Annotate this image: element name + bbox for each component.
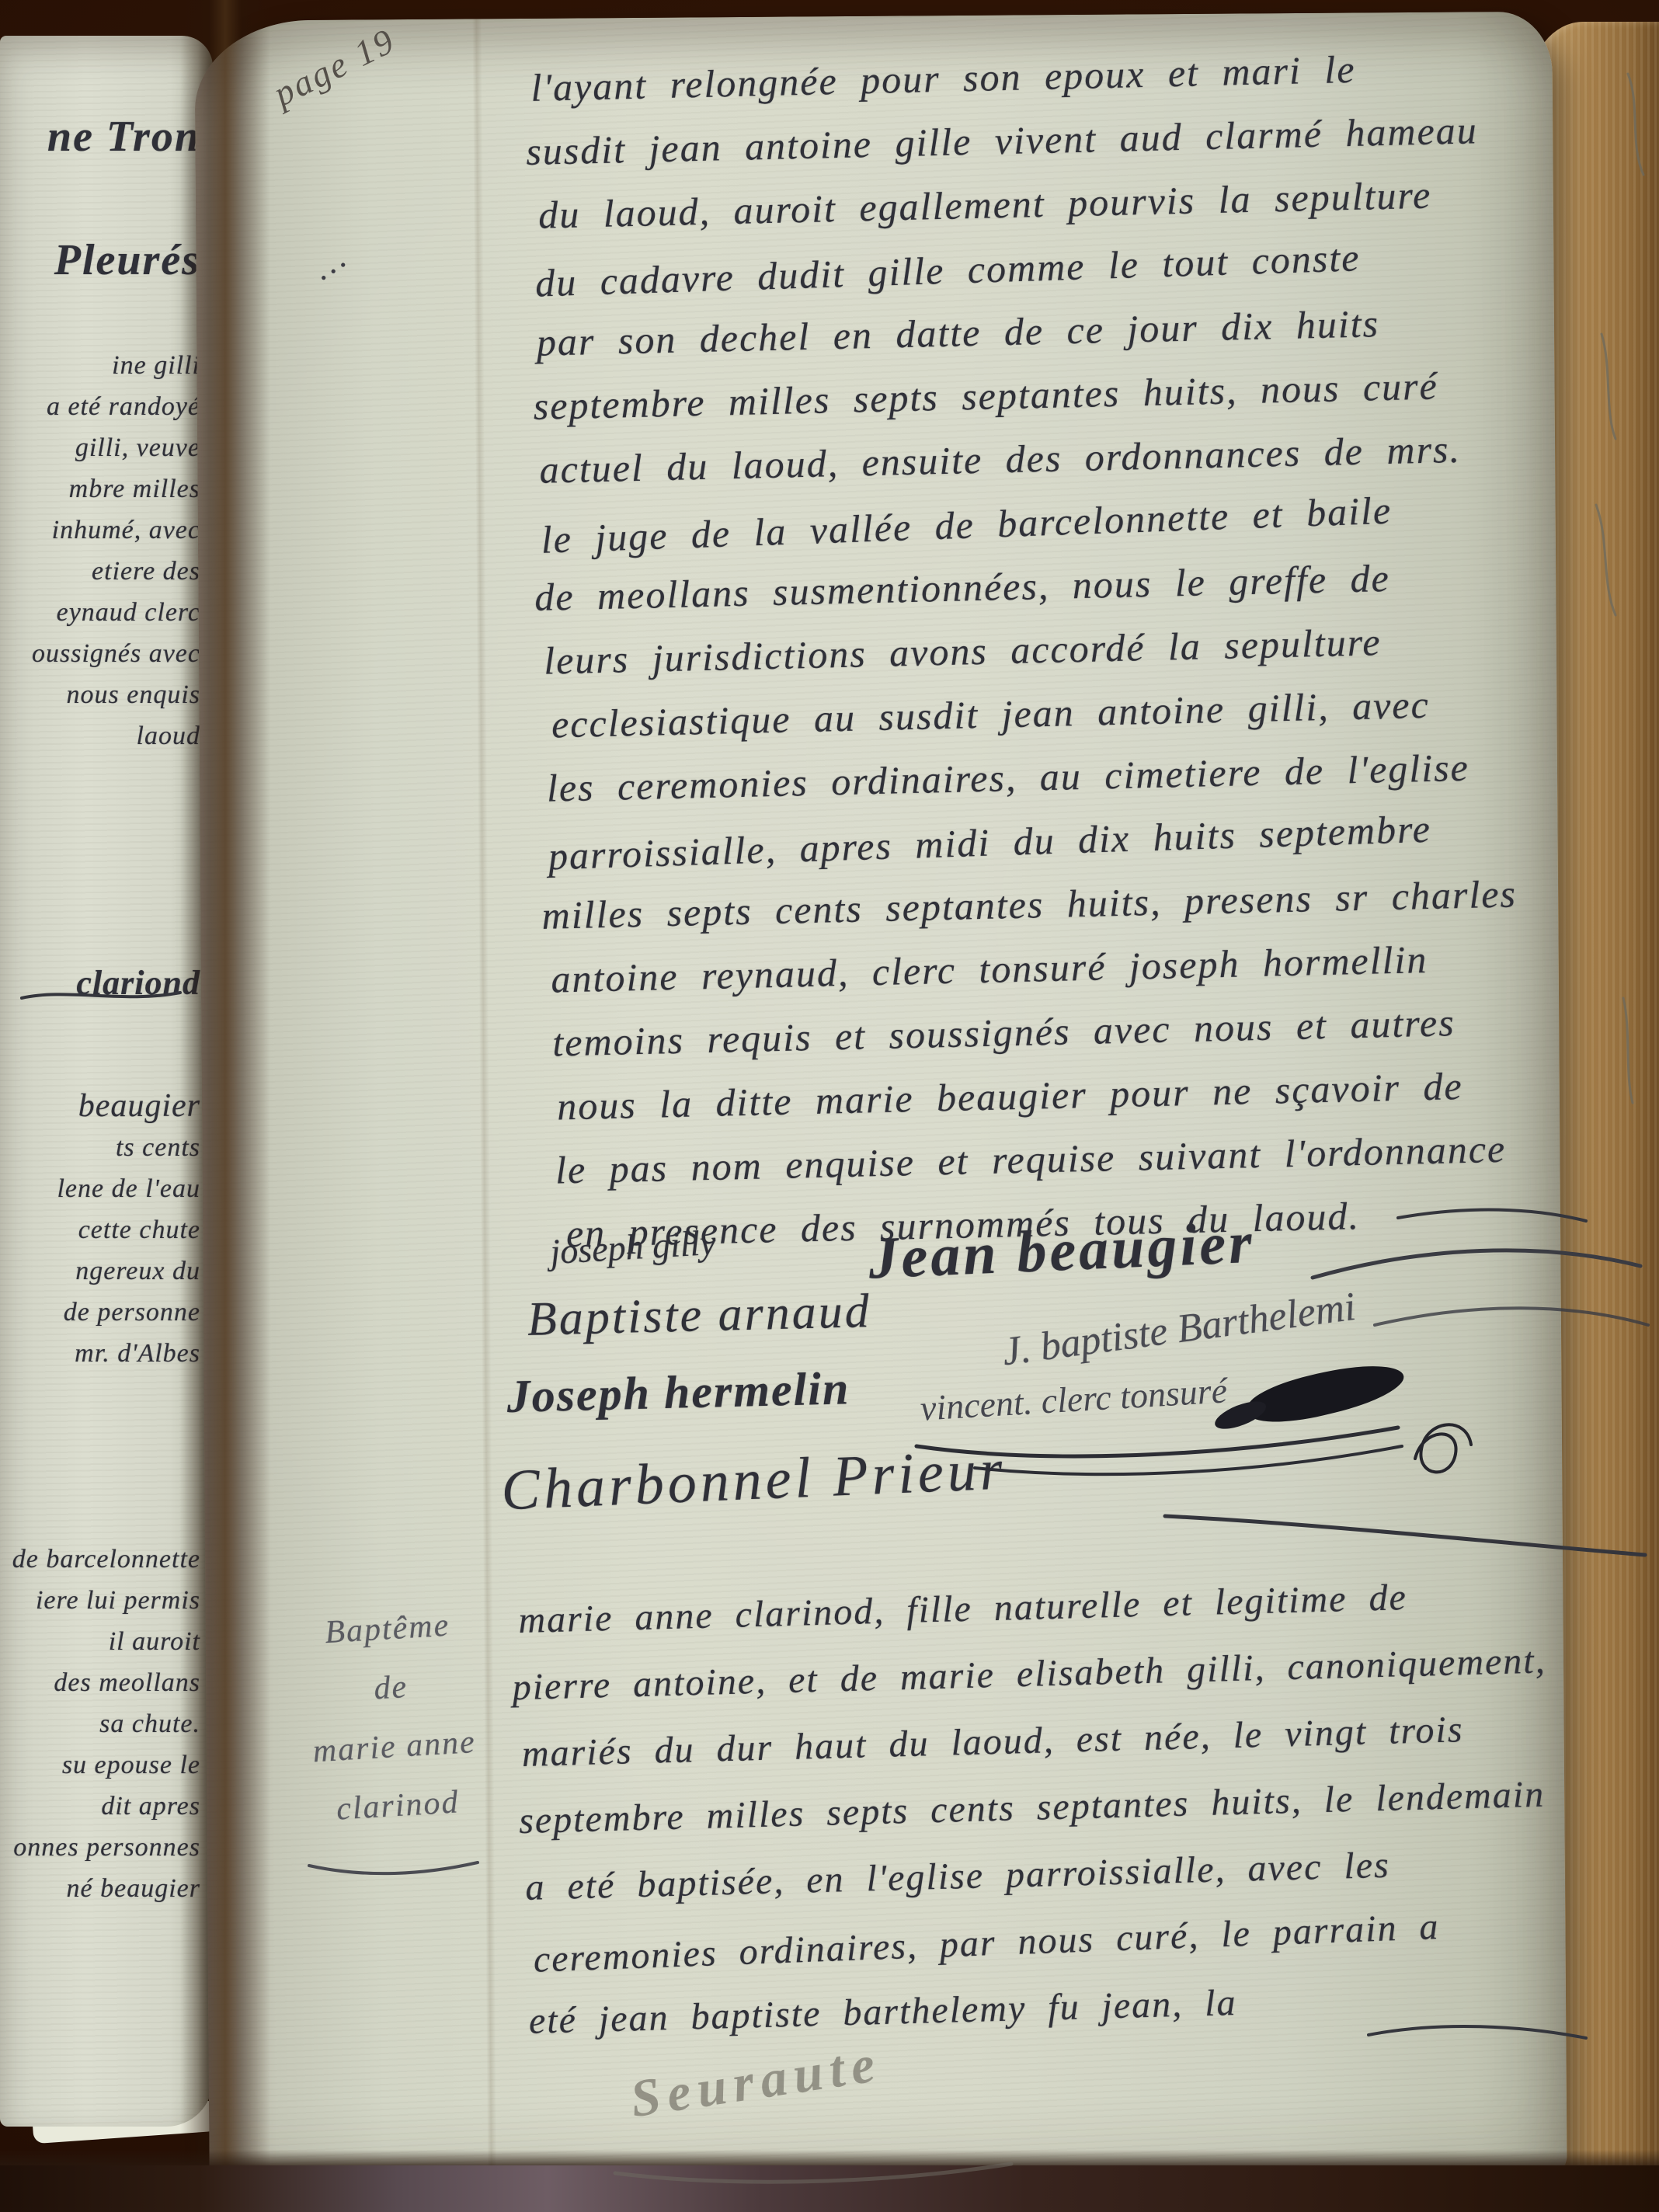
manuscript-line-fragment xyxy=(0,1003,200,1045)
manuscript-line-fragment xyxy=(0,756,200,798)
manuscript-line-fragment xyxy=(0,1415,200,1456)
manuscript-line-fragment: lene de l'eau xyxy=(0,1168,200,1209)
manuscript-line-fragment xyxy=(0,1497,200,1539)
manuscript-line-fragment: dit apres xyxy=(0,1786,200,1827)
manuscript-line-fragment: de personne xyxy=(0,1292,200,1333)
manuscript-line-fragment: mbre milles xyxy=(0,468,200,510)
manuscript-line-fragment: onnes personnes xyxy=(0,1827,200,1868)
baptism-entry-text: marie anne clarinod, fille naturelle et … xyxy=(517,1560,1585,2054)
manuscript-line-fragment: clariond xyxy=(0,962,200,1003)
manuscript-line-fragment: su epouse le xyxy=(0,1744,200,1786)
manuscript-line-fragment: beaugier xyxy=(0,1086,200,1127)
right-page: page 19 ... l'ayant relongnée pour son e… xyxy=(194,12,1567,2188)
manuscript-line-fragment: oussignés avec xyxy=(0,633,200,674)
manuscript-line-fragment: laoud xyxy=(0,715,200,756)
signature-joseph-gilly: joseph gilly xyxy=(549,1222,717,1273)
manuscript-line-fragment: a eté randoyé xyxy=(0,386,200,427)
page-number-note: page 19 xyxy=(267,19,402,114)
ink-blot-strikeout xyxy=(1243,1355,1408,1432)
manuscript-line-fragment: né beaugier xyxy=(0,1868,200,1909)
manuscript-line-fragment xyxy=(0,304,200,345)
table-surface xyxy=(0,2165,1659,2212)
manuscript-line-fragment: des meollans xyxy=(0,1662,200,1703)
manuscript-line-fragment xyxy=(0,798,200,839)
manuscript-line-fragment: gilli, veuve xyxy=(0,427,200,468)
manuscript-line-fragment: ine gilli xyxy=(0,345,200,386)
left-facing-page: ne TronPleurésine gillia eté randoyégill… xyxy=(0,36,213,2127)
signature-vincent-clerc-struck: vincent. clerc tonsuré xyxy=(919,1369,1228,1428)
signature-joseph-hermelin: Joseph hermelin xyxy=(506,1362,850,1424)
manuscript-line-fragment: de barcelonnette xyxy=(0,1539,200,1580)
manuscript-line-fragment: iere lui permis xyxy=(0,1580,200,1621)
manuscript-line-fragment xyxy=(0,1456,200,1497)
manuscript-line-fragment xyxy=(0,180,200,221)
manuscript-line-fragment: il auroit xyxy=(0,1621,200,1662)
manuscript-line-fragment: inhumé, avec xyxy=(0,510,200,551)
manuscript-photo: ne TronPleurésine gillia eté randoyégill… xyxy=(0,0,1659,2212)
manuscript-line-fragment: eynaud clerc xyxy=(0,592,200,633)
manuscript-line-fragment: Pleurés xyxy=(0,221,200,304)
manuscript-line-fragment: ts cents xyxy=(0,1127,200,1168)
manuscript-line-fragment xyxy=(0,1374,200,1415)
manuscript-line-fragment xyxy=(0,839,200,880)
signature-jb-barthelemi: J. baptiste Barthelemi xyxy=(1000,1284,1358,1375)
manuscript-line-fragment: mr. d'Albes xyxy=(0,1333,200,1374)
signature-charbonnel-prieur: Charbonnel Prieur xyxy=(500,1437,1007,1524)
manuscript-line-fragment: ne Tron xyxy=(0,98,200,180)
gutter-ink-dots: ... xyxy=(304,236,356,288)
left-page-line-endings: ne TronPleurésine gillia eté randoyégill… xyxy=(0,98,200,1909)
manuscript-line-fragment: cette chute xyxy=(0,1209,200,1250)
margin-note-line: marie anne xyxy=(294,1712,496,1782)
baptism-margin-note: Baptêmedemarie anneclarinod xyxy=(287,1594,499,1842)
margin-crease xyxy=(472,19,496,2186)
manuscript-line-fragment: sa chute. xyxy=(0,1703,200,1744)
manuscript-line-fragment xyxy=(0,880,200,921)
signature-baptiste-arnaud: Baptiste arnaud xyxy=(527,1284,871,1348)
margin-note-line: clarinod xyxy=(297,1770,499,1841)
manuscript-line-fragment: etiere des xyxy=(0,551,200,592)
manuscript-line-fragment: nous enquis xyxy=(0,674,200,715)
manuscript-line-fragment xyxy=(0,921,200,962)
manuscript-line-fragment xyxy=(0,1045,200,1086)
manuscript-line-fragment: ngereux du xyxy=(0,1250,200,1292)
burial-entry-text: l'ayant relongnée pour son epoux et mari… xyxy=(530,33,1591,1266)
